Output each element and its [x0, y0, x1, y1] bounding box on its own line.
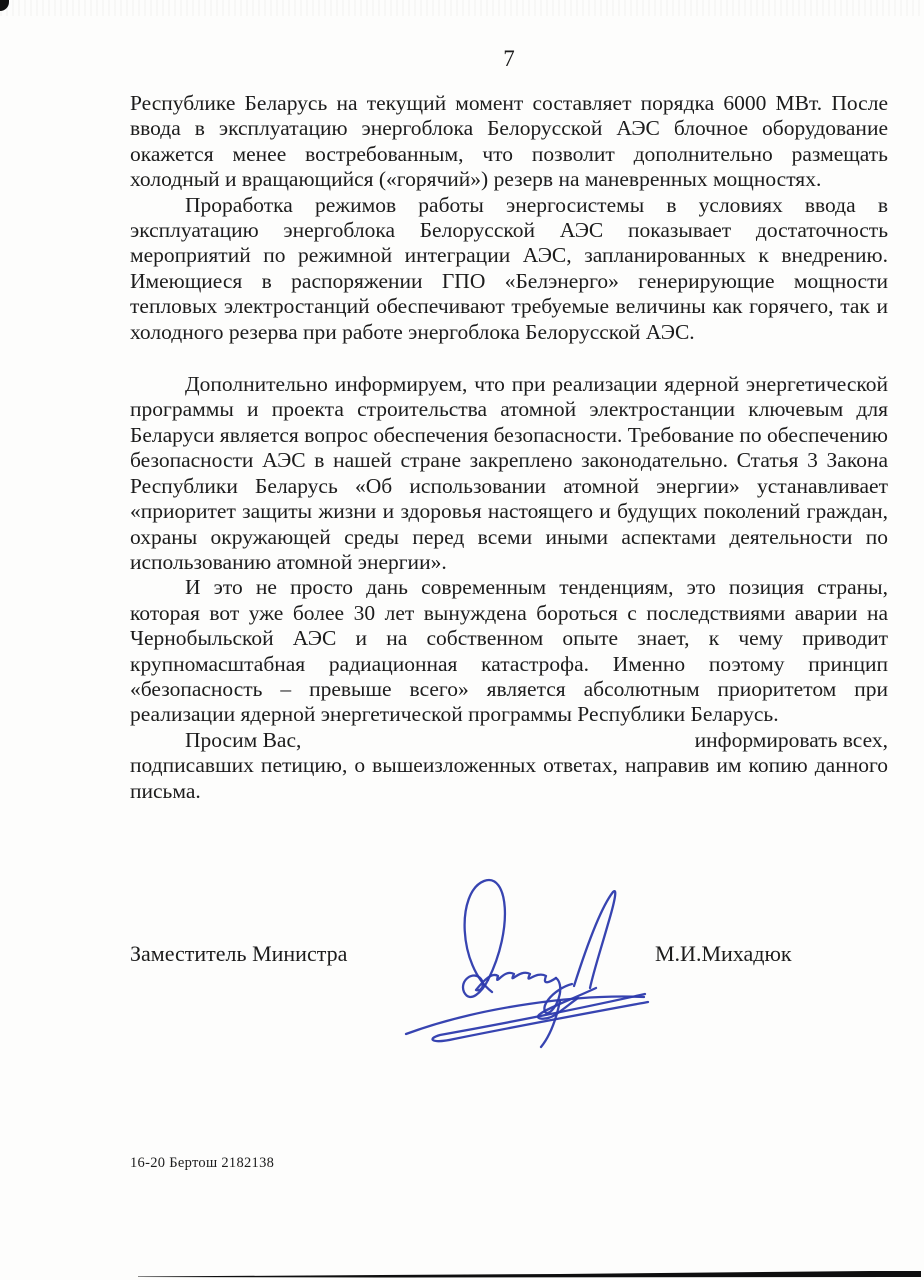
paragraph-safety-law: Дополнительно информируем, что при реали…	[130, 372, 888, 575]
request-line-right: информировать всех,	[695, 728, 888, 753]
request-line-left: Просим Вас,	[185, 728, 301, 753]
document-reference: 16-20 Бертош 2182138	[130, 1155, 274, 1172]
signer-position-title: Заместитель Министра	[130, 941, 347, 967]
page-number: 7	[130, 46, 888, 72]
paragraph-request-continuation: подписавших петицию, о вышеизложенных от…	[130, 753, 888, 804]
paragraph-grid-modes: Проработка режимов работы энергосистемы …	[130, 193, 888, 345]
paragraph-chernobyl: И это не просто дань современным тенденц…	[130, 575, 888, 727]
scan-artifact-bottom-edge	[0, 1266, 924, 1280]
scan-noise-band	[0, 0, 924, 16]
signer-name: М.И.Михадюк	[655, 941, 792, 967]
paragraph-reserve-capacity: Республике Беларусь на текущий момент со…	[130, 91, 888, 193]
letter-body: Республике Беларусь на текущий момент со…	[130, 91, 888, 804]
request-line: Просим Вас, информировать всех,	[130, 728, 888, 753]
handwritten-signature	[398, 868, 698, 1063]
